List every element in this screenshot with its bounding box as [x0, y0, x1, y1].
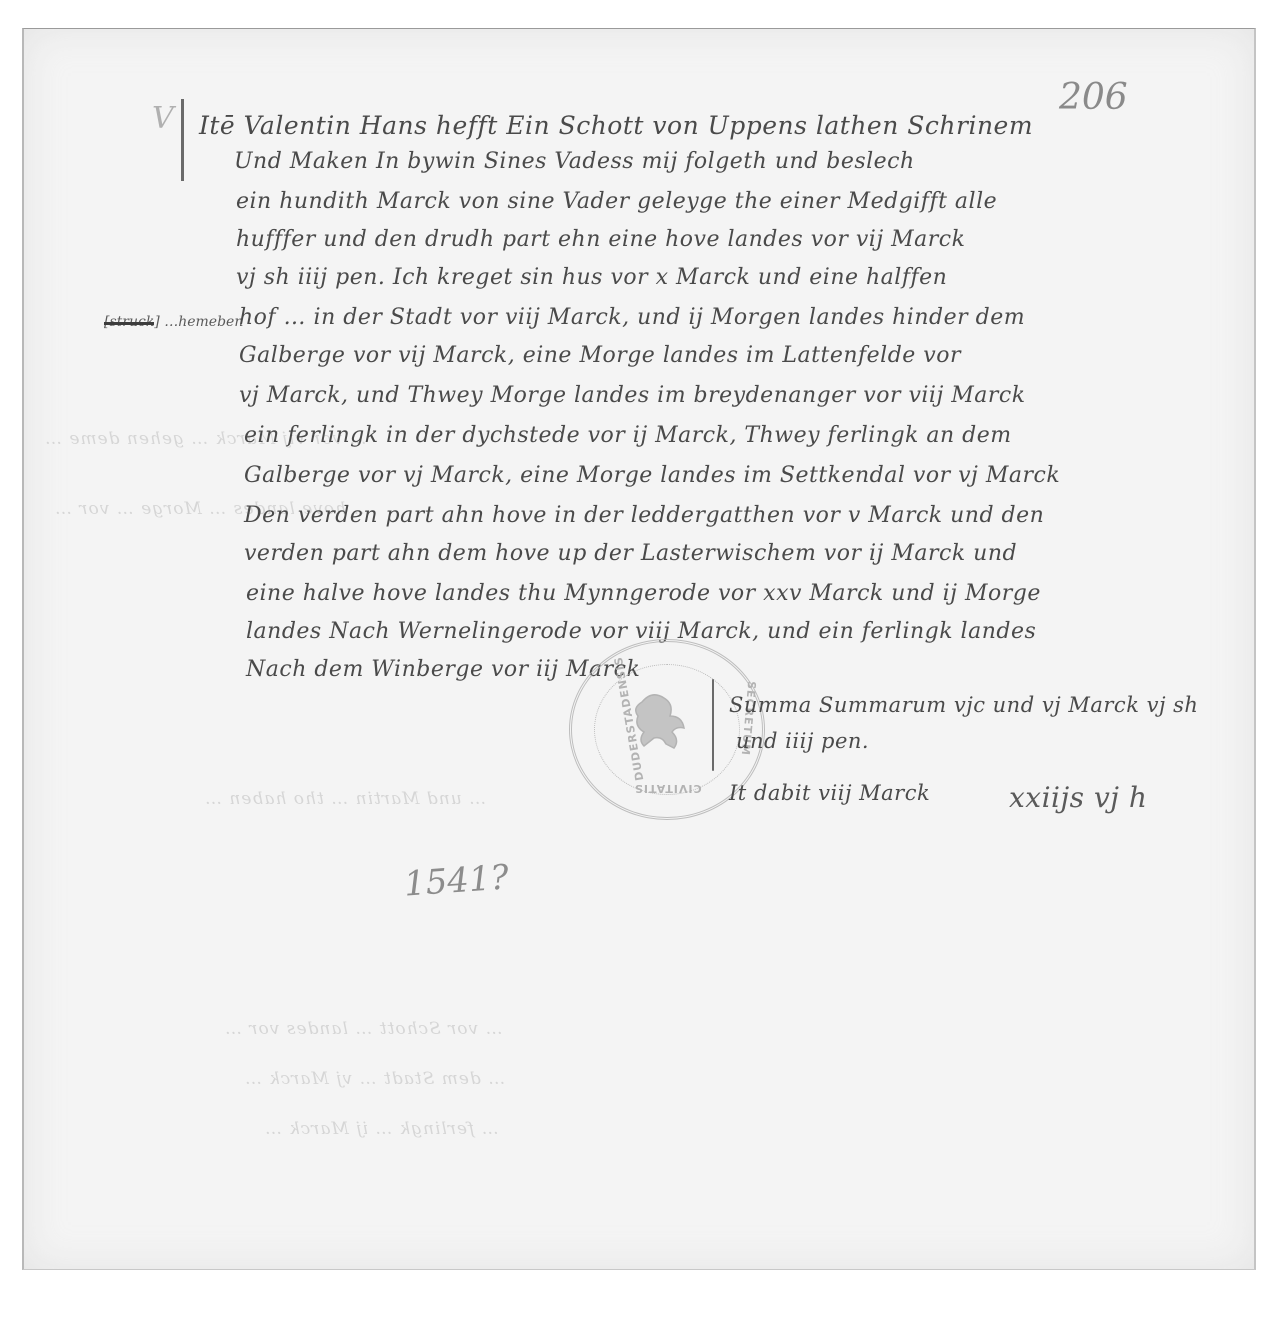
- summary-total-line-cont: und iiij pen.: [736, 729, 869, 753]
- manuscript-line: vj Marck, und Thwey Morge landes im brey…: [239, 383, 1026, 408]
- manuscript-line: hufffer und den drudh part ehn eine hove…: [236, 227, 965, 252]
- pencil-date-note: 1541?: [403, 857, 510, 904]
- manuscript-line: hof … in der Stadt vor viij Marck, und i…: [239, 305, 1025, 330]
- manuscript-line: Galberge vor vj Marck, eine Morge landes…: [244, 463, 1060, 488]
- bleed-through-line: … und Martin … tho haben …: [204, 789, 486, 809]
- summary-dabit-line: It dabit viij Marck: [729, 781, 930, 805]
- manuscript-line: ein ferlingk in der dychstede vor ij Mar…: [244, 423, 1012, 448]
- manuscript-line: ein hundith Marck von sine Vader geleyge…: [236, 189, 997, 214]
- manuscript-line: eine halve hove landes thu Mynngerode vo…: [246, 581, 1041, 606]
- manuscript-line: Itē Valentin Hans hefft Ein Schott von U…: [199, 111, 1033, 140]
- lion-emblem-icon: [622, 682, 702, 762]
- folio-number: 206: [1059, 77, 1128, 118]
- manuscript-line: Galberge vor vij Marck, eine Morge lande…: [239, 343, 961, 368]
- manuscript-line: verden part ahn dem hove up der Lasterwi…: [244, 541, 1017, 566]
- manuscript-line: landes Nach Wernelingerode vor viij Marc…: [246, 619, 1036, 644]
- summary-bracket: [712, 679, 714, 771]
- manuscript-line: Nach dem Winberge vor iij Marck: [246, 657, 640, 682]
- summary-tally: xxiijs vj h: [1009, 781, 1147, 814]
- margin-mark: V: [152, 101, 174, 136]
- bleed-through-line: … ferlingk … ij Marck …: [264, 1119, 499, 1139]
- seal-legend-bottom: CIVITATIS: [634, 782, 702, 795]
- manuscript-line: Den verden part ahn hove in der ledderga…: [244, 503, 1044, 528]
- strike-through: [104, 322, 154, 325]
- margin-bracket: [181, 99, 184, 181]
- manuscript-line: vj sh iiij pen. Ich kreget sin hus vor x…: [236, 265, 947, 290]
- bleed-through-line: … dem Stadt … vj Marck …: [244, 1069, 505, 1089]
- summary-total-line: Summa Summarum vjc und vj Marck vj sh: [729, 693, 1198, 717]
- manuscript-line: Und Maken In bywin Sines Vadess mij folg…: [234, 149, 915, 174]
- bleed-through-line: … vor Schott … landes vor …: [224, 1019, 503, 1039]
- manuscript-sheet: … vor vij Marck … gehen deme … … hove la…: [22, 28, 1256, 1270]
